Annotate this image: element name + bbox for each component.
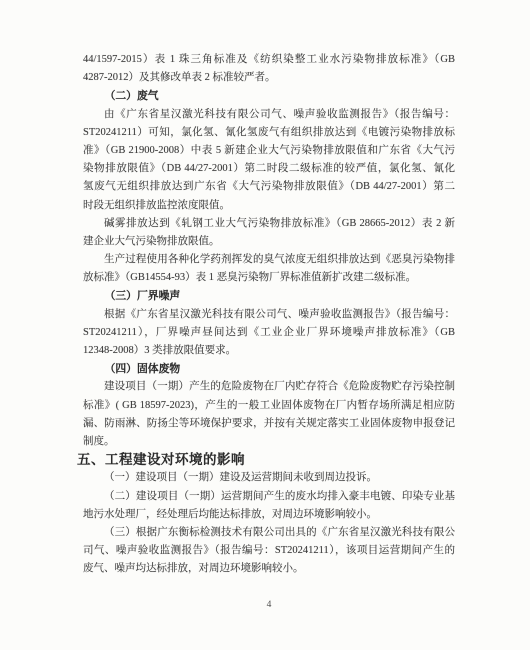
section-heading: （三）厂界噪声 bbox=[83, 287, 455, 305]
text-line: 4287-2012）及其修改单表 2 标准较严者。 bbox=[83, 69, 455, 87]
text-line: 根据《广东省星汉激光科技有限公司气、噪声验收监测报告》（报告编号： bbox=[83, 306, 455, 324]
text-line: 地污水处理厂，经处理后均能达标排放，对周边环境影响较小。 bbox=[83, 506, 455, 524]
text-line: 准》（GB 21900-2008）中表 5 新建企业大气污染物排放限值和广东省《… bbox=[83, 142, 455, 160]
text-line: 12348-2008）3 类排放限值要求。 bbox=[83, 342, 455, 360]
text-line: 染物排放限值》（DB 44/27-2001）第二时段二级标准的较严值，氯化氢、氰… bbox=[83, 160, 455, 178]
text-line: ST20241211），厂界噪声昼间达到《工业企业厂界环境噪声排放标准》（GB bbox=[83, 324, 455, 342]
chapter-heading: 五、工程建设对环境的影响 bbox=[77, 451, 455, 469]
text-line: 废气、噪声均达标排放，对周边环境影响较小。 bbox=[83, 560, 455, 578]
section-heading: （四）固体废物 bbox=[83, 360, 455, 378]
text-line: 放标准》（GB14554-93）表 1 恶臭污染物厂界标准值新扩改建二级标准。 bbox=[83, 269, 455, 287]
text-line: 生产过程使用各种化学药剂挥发的臭气浓度无组织排放达到《恶臭污染物排 bbox=[83, 251, 455, 269]
text-line: 由《广东省星汉激光科技有限公司气、噪声验收监测报告》（报告编号： bbox=[83, 106, 455, 124]
text-line: 氢废气无组织排放达到广东省《大气污染物排放限值》（DB 44/27-2001）第… bbox=[83, 178, 455, 196]
text-line: 漏、防雨淋、防扬尘等环境保护要求，并按有关规定落实工业固体废物申报登记 bbox=[83, 415, 455, 433]
text-line: （二）建设项目（一期）运营期间产生的废水均排入豪丰电镀、印染专业基 bbox=[83, 488, 455, 506]
scanned-document-page: 44/1597-2015）表 1 珠三角标准及《纺织染整工业水污染物排放标准》（… bbox=[0, 0, 530, 650]
text-line: （一）建设项目（一期）建设及运营期间未收到周边投诉。 bbox=[83, 469, 455, 487]
text-line: 标准》( GB 18597-2023)，产生的一般工业固体废物在厂内暂存场所满足… bbox=[83, 397, 455, 415]
page-number: 4 bbox=[83, 600, 455, 610]
text-line: 时段无组织排放监控浓度限值。 bbox=[83, 197, 455, 215]
document-text-block: 44/1597-2015）表 1 珠三角标准及《纺织染整工业水污染物排放标准》（… bbox=[83, 51, 455, 578]
text-line: 44/1597-2015）表 1 珠三角标准及《纺织染整工业水污染物排放标准》（… bbox=[83, 51, 455, 69]
text-line: ST20241211）可知，氯化氢、氰化氢废气有组织排放达到《电镀污染物排放标 bbox=[83, 124, 455, 142]
text-line: 建设项目（一期）产生的危险废物在厂内贮存符合《危险废物贮存污染控制 bbox=[83, 378, 455, 396]
section-heading: （二）废气 bbox=[83, 87, 455, 105]
text-line: 司气、噪声验收监测报告》（报告编号：ST20241211），该项目运营期间产生的 bbox=[83, 542, 455, 560]
text-line: （三）根据广东衡标检测技术有限公司出具的《广东省星汉激光科技有限公 bbox=[83, 524, 455, 542]
text-line: 碱雾排放达到《轧钢工业大气污染物排放标准》（GB 28665-2012）表 2 … bbox=[83, 215, 455, 233]
text-line: 建企业大气污染物排放限值。 bbox=[83, 233, 455, 251]
text-line: 制度。 bbox=[83, 433, 455, 451]
